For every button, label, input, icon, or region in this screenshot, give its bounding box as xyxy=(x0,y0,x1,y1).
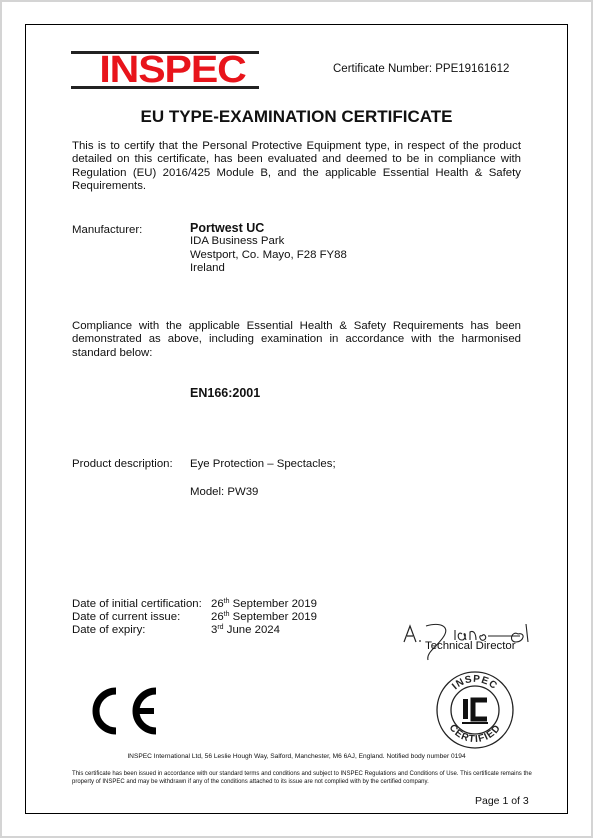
ce-mark-icon xyxy=(82,683,162,739)
date-row: Date of expiry: 3rd June 2024 xyxy=(72,624,317,637)
intro-paragraph: This is to certify that the Personal Pro… xyxy=(72,140,521,193)
date-value: 3rd June 2024 xyxy=(211,624,280,637)
date-row: Date of current issue: 26th September 20… xyxy=(72,611,317,624)
date-row: Date of initial certification: 26th Sept… xyxy=(72,598,317,611)
harmonised-standard: EN166:2001 xyxy=(190,386,260,400)
date-value: 26th September 2019 xyxy=(211,611,317,624)
page-number: Page 1 of 3 xyxy=(475,795,529,807)
signature xyxy=(400,612,550,662)
date-label: Date of expiry: xyxy=(72,624,211,637)
manufacturer-name: Portwest UC xyxy=(190,222,347,235)
date-value: 26th September 2019 xyxy=(211,598,317,611)
product-model: Model: PW39 xyxy=(190,486,258,499)
address-line: Westport, Co. Mayo, F28 FY88 xyxy=(190,249,347,262)
address-line: IDA Business Park xyxy=(190,235,347,248)
signer-title: Technical Director xyxy=(425,640,516,652)
date-label: Date of current issue: xyxy=(72,611,211,624)
manufacturer-block: Portwest UC IDA Business Park Westport, … xyxy=(190,222,347,275)
product-label: Product description: xyxy=(72,458,173,470)
dates-block: Date of initial certification: 26th Sept… xyxy=(72,598,317,637)
logo-bar-bottom xyxy=(71,86,259,89)
footer-terms: This certificate has been issued in acco… xyxy=(72,771,532,786)
inspec-certified-seal-icon: INSPEC CERTIFIED xyxy=(435,670,515,750)
compliance-paragraph: Compliance with the applicable Essential… xyxy=(72,320,521,360)
manufacturer-label: Manufacturer: xyxy=(72,224,142,236)
date-label: Date of initial certification: xyxy=(72,598,211,611)
inspec-logo: INSPEC xyxy=(71,51,259,89)
certificate-number: Certificate Number: PPE19161612 xyxy=(333,63,509,75)
product-description: Eye Protection – Spectacles; xyxy=(190,458,336,471)
document-title: EU TYPE-EXAMINATION CERTIFICATE xyxy=(0,107,593,127)
footer-address: INSPEC International Ltd, 56 Leslie Houg… xyxy=(0,753,593,760)
address-line: Ireland xyxy=(190,262,347,275)
logo-text: INSPEC xyxy=(71,54,274,86)
